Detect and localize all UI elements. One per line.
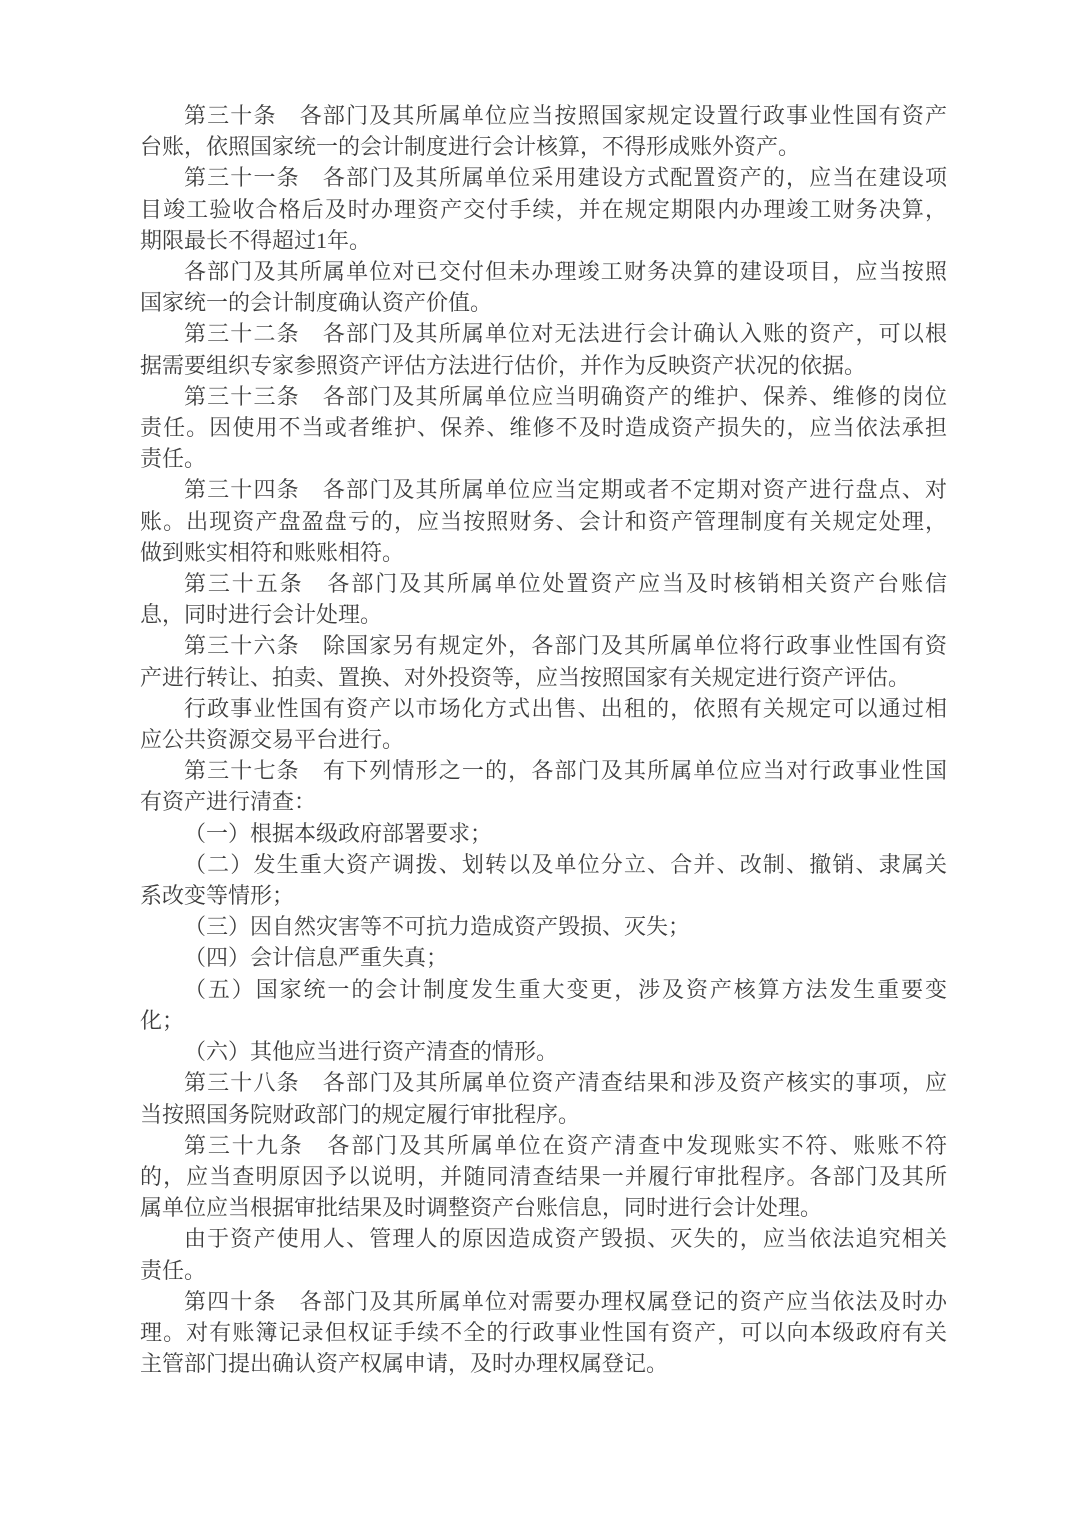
document-line: （二）发生重大资产调拨、划转以及单位分立、合并、改制、撤销、隶属关 [140, 849, 947, 880]
document-line: （一）根据本级政府部署要求； [140, 818, 947, 849]
document-line: （四）会计信息严重失真； [140, 942, 947, 973]
document-line: 第三十三条 各部门及其所属单位应当明确资产的维护、保养、维修的岗位 [140, 381, 947, 412]
document-line: 第三十一条 各部门及其所属单位采用建设方式配置资产的，应当在建设项 [140, 162, 947, 193]
document-line: 责任。 [140, 1255, 947, 1286]
document-line: （三）因自然灾害等不可抗力造成资产毁损、灭失； [140, 911, 947, 942]
document-line: 第三十九条 各部门及其所属单位在资产清查中发现账实不符、账账不符 [140, 1130, 947, 1161]
document-line: 由于资产使用人、管理人的原因造成资产毁损、灭失的，应当依法追究相关 [140, 1223, 947, 1254]
document-line: （六）其他应当进行资产清查的情形。 [140, 1036, 947, 1067]
document-line: 各部门及其所属单位对已交付但未办理竣工财务决算的建设项目，应当按照 [140, 256, 947, 287]
document-line: 第三十七条 有下列情形之一的，各部门及其所属单位应当对行政事业性国 [140, 755, 947, 786]
document-line: 第三十条 各部门及其所属单位应当按照国家规定设置行政事业性国有资产 [140, 100, 947, 131]
document-line: 系改变等情形； [140, 880, 947, 911]
document-line: 责任。 [140, 443, 947, 474]
document-line: 责任。因使用不当或者维护、保养、维修不及时造成资产损失的，应当依法承担 [140, 412, 947, 443]
document-line: 账。出现资产盘盈盘亏的，应当按照财务、会计和资产管理制度有关规定处理， [140, 506, 947, 537]
document-text-block: 第三十条 各部门及其所属单位应当按照国家规定设置行政事业性国有资产台账，依照国家… [140, 100, 947, 1379]
document-line: 第三十五条 各部门及其所属单位处置资产应当及时核销相关资产台账信 [140, 568, 947, 599]
document-line: 第三十四条 各部门及其所属单位应当定期或者不定期对资产进行盘点、对 [140, 474, 947, 505]
document-line: 化； [140, 1005, 947, 1036]
document-page: 第三十条 各部门及其所属单位应当按照国家规定设置行政事业性国有资产台账，依照国家… [0, 0, 1074, 1520]
document-line: 理。对有账簿记录但权证手续不全的行政事业性国有资产，可以向本级政府有关 [140, 1317, 947, 1348]
document-line: 第三十八条 各部门及其所属单位资产清查结果和涉及资产核实的事项，应 [140, 1067, 947, 1098]
document-line: 据需要组织专家参照资产评估方法进行估价，并作为反映资产状况的依据。 [140, 350, 947, 381]
document-line: 息，同时进行会计处理。 [140, 599, 947, 630]
document-line: 国家统一的会计制度确认资产价值。 [140, 287, 947, 318]
document-line: 应公共资源交易平台进行。 [140, 724, 947, 755]
document-line: 台账，依照国家统一的会计制度进行会计核算，不得形成账外资产。 [140, 131, 947, 162]
document-line: 主管部门提出确认资产权属申请，及时办理权属登记。 [140, 1348, 947, 1379]
document-line: 当按照国务院财政部门的规定履行审批程序。 [140, 1099, 947, 1130]
document-line: 目竣工验收合格后及时办理资产交付手续，并在规定期限内办理竣工财务决算， [140, 194, 947, 225]
document-line: （五）国家统一的会计制度发生重大变更，涉及资产核算方法发生重要变 [140, 974, 947, 1005]
document-line: 属单位应当根据审批结果及时调整资产台账信息，同时进行会计处理。 [140, 1192, 947, 1223]
document-line: 行政事业性国有资产以市场化方式出售、出租的，依照有关规定可以通过相 [140, 693, 947, 724]
document-line: 产进行转让、拍卖、置换、对外投资等，应当按照国家有关规定进行资产评估。 [140, 662, 947, 693]
document-line: 第四十条 各部门及其所属单位对需要办理权属登记的资产应当依法及时办 [140, 1286, 947, 1317]
document-line: 有资产进行清查： [140, 786, 947, 817]
document-line: 做到账实相符和账账相符。 [140, 537, 947, 568]
document-line: 第三十二条 各部门及其所属单位对无法进行会计确认入账的资产，可以根 [140, 318, 947, 349]
document-line: 期限最长不得超过1年。 [140, 225, 947, 256]
document-line: 第三十六条 除国家另有规定外，各部门及其所属单位将行政事业性国有资 [140, 630, 947, 661]
document-line: 的，应当查明原因予以说明，并随同清查结果一并履行审批程序。各部门及其所 [140, 1161, 947, 1192]
